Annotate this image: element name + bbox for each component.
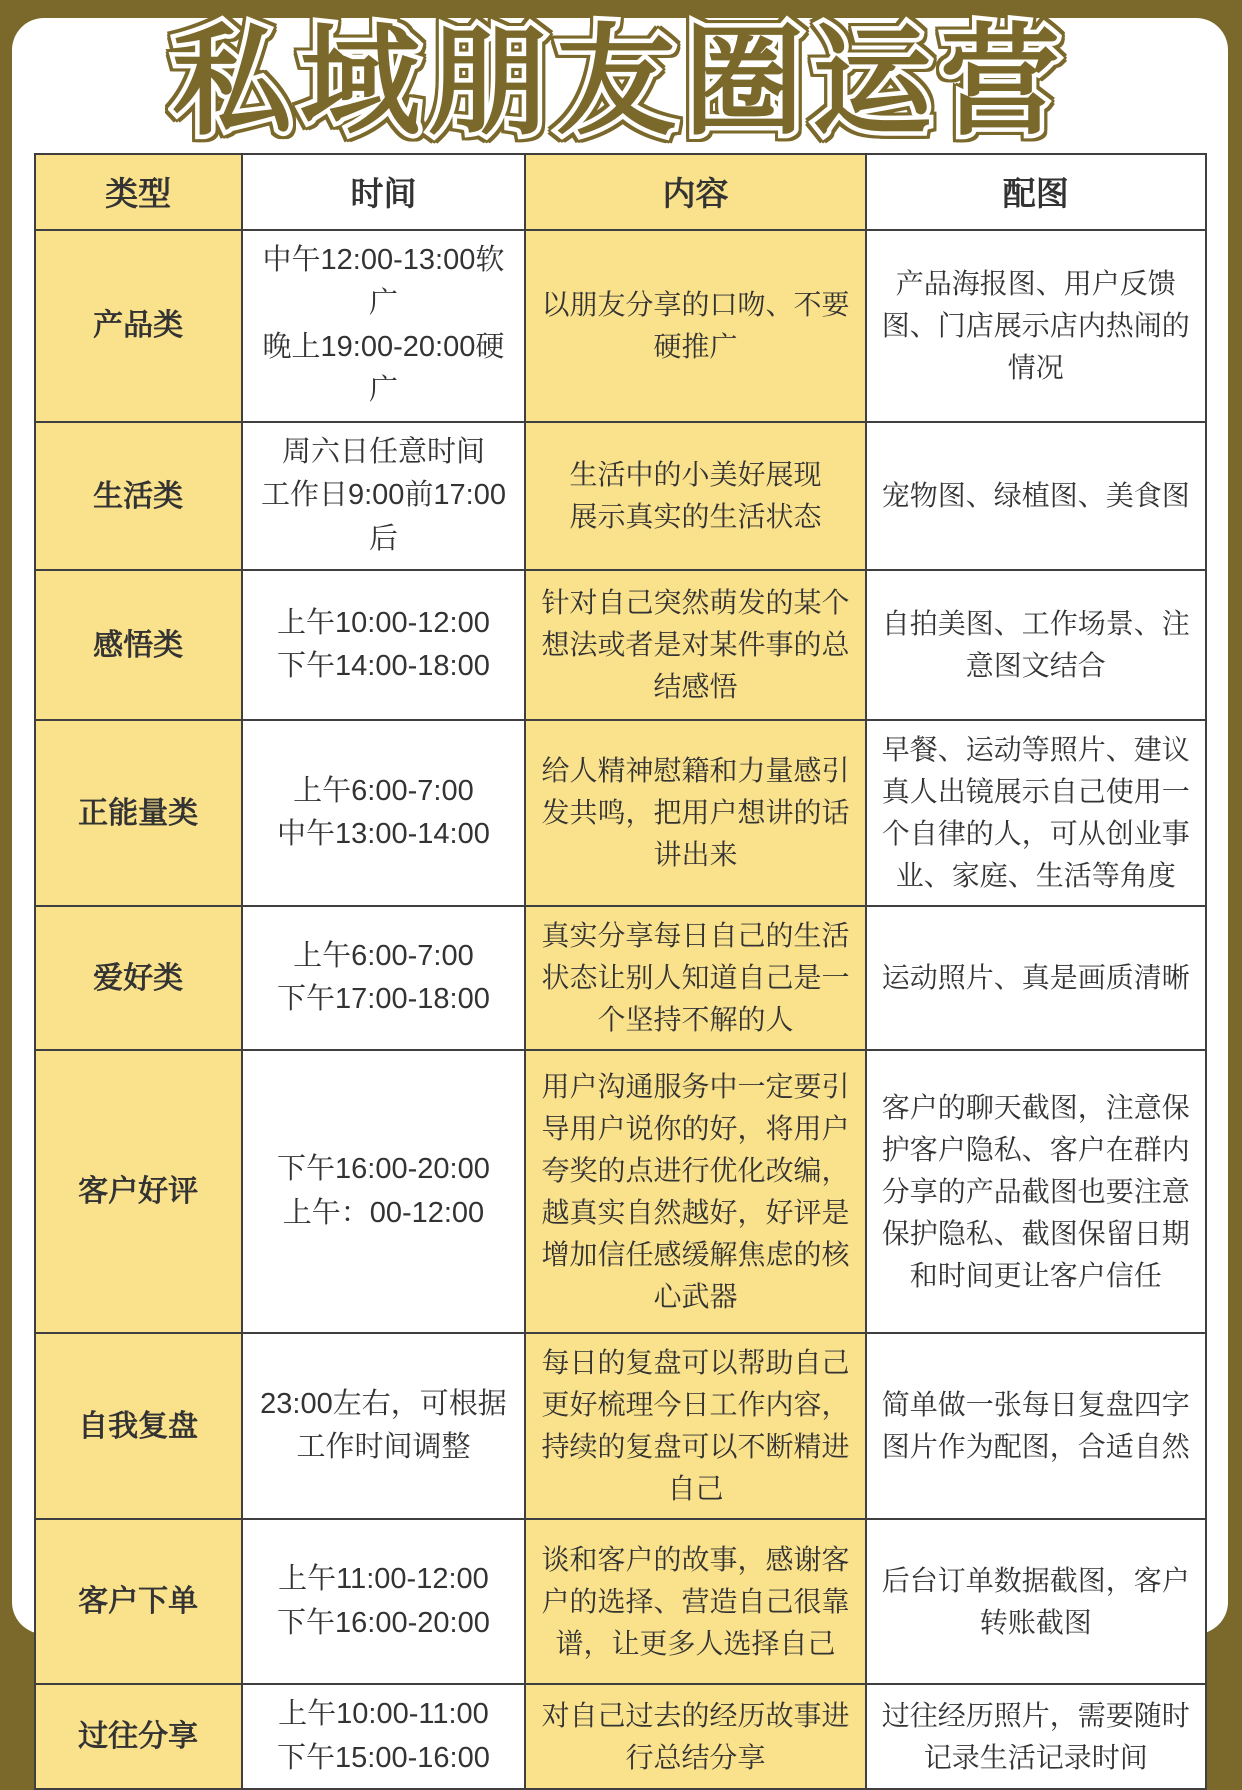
header-type: 类型: [35, 154, 242, 230]
table-row: 自我复盘 23:00左右，可根据 工作时间调整 每日的复盘可以帮助自己更好梳理今…: [35, 1333, 1206, 1519]
header-row: 类型 时间 内容 配图: [35, 154, 1206, 230]
time-cell: 上午11:00-12:00 下午16:00-20:00: [242, 1519, 525, 1656]
type-cell: 客户下单: [35, 1519, 242, 1656]
table-row: 客户下单 上午11:00-12:00 下午16:00-20:00 谈和客户的故事…: [35, 1519, 1206, 1656]
table-row: 生活类 周六日任意时间 工作日9:00前17:00后 生活中的小美好展现 展示真…: [35, 422, 1206, 571]
image-cell: 简单做一张每日复盘四字图片作为配图，合适自然: [866, 1333, 1206, 1519]
image-cell: 客户的聊天截图，注意保护客户隐私、客户在群内分享的产品截图也要注意保护隐私、截图…: [866, 1050, 1206, 1333]
type-cell: 生活类: [35, 422, 242, 571]
table-row: 爱好类 上午6:00-7:00 下午17:00-18:00 真实分享每日自己的生…: [35, 906, 1206, 1050]
header-content: 内容: [525, 154, 866, 230]
type-cell: 爱好类: [35, 906, 242, 1050]
table-row: 客户好评 下午16:00-20:00 上午：00-12:00 用户沟通服务中一定…: [35, 1050, 1206, 1333]
time-cell: 下午16:00-20:00 上午：00-12:00: [242, 1050, 525, 1333]
content-cell: 以朋友分享的口吻、不要硬推广: [525, 230, 866, 422]
image-cell: 宠物图、绿植图、美食图: [866, 422, 1206, 571]
poster-sheet: 私域朋友圈运营 类型 时间 内容 配图 产品类 中午12:00-13:00软广 …: [12, 18, 1228, 1634]
content-cell: 谈和客户的故事，感谢客户的选择、营造自己很靠谱，让更多人选择自己: [525, 1519, 866, 1656]
moments-operation-table: 类型 时间 内容 配图 产品类 中午12:00-13:00软广 晚上19:00-…: [34, 153, 1207, 1656]
table-row: 正能量类 上午6:00-7:00 中午13:00-14:00 给人精神慰籍和力量…: [35, 720, 1206, 906]
type-cell: 正能量类: [35, 720, 242, 906]
content-cell: 用户沟通服务中一定要引导用户说你的好，将用户夸奖的点进行优化改编，越真实自然越好…: [525, 1050, 866, 1333]
time-cell: 中午12:00-13:00软广 晚上19:00-20:00硬广: [242, 230, 525, 422]
content-cell: 针对自己突然萌发的某个想法或者是对某件事的总结感悟: [525, 570, 866, 720]
type-cell: 产品类: [35, 230, 242, 422]
image-cell: 自拍美图、工作场景、注意图文结合: [866, 570, 1206, 720]
image-cell: 早餐、运动等照片、建议真人出镜展示自己使用一个自律的人，可从创业事业、家庭、生活…: [866, 720, 1206, 906]
content-cell: 每日的复盘可以帮助自己更好梳理今日工作内容，持续的复盘可以不断精进自己: [525, 1333, 866, 1519]
image-cell: 后台订单数据截图，客户转账截图: [866, 1519, 1206, 1656]
type-cell: 客户好评: [35, 1050, 242, 1333]
table-row: 产品类 中午12:00-13:00软广 晚上19:00-20:00硬广 以朋友分…: [35, 230, 1206, 422]
header-image: 配图: [866, 154, 1206, 230]
content-cell: 生活中的小美好展现 展示真实的生活状态: [525, 422, 866, 571]
table-body: 产品类 中午12:00-13:00软广 晚上19:00-20:00硬广 以朋友分…: [35, 230, 1206, 1656]
page-title: 私域朋友圈运营: [12, 20, 1228, 145]
table-row: 感悟类 上午10:00-12:00 下午14:00-18:00 针对自己突然萌发…: [35, 570, 1206, 720]
time-cell: 上午6:00-7:00 下午17:00-18:00: [242, 906, 525, 1050]
content-cell: 真实分享每日自己的生活状态让别人知道自己是一个坚持不解的人: [525, 906, 866, 1050]
time-cell: 上午6:00-7:00 中午13:00-14:00: [242, 720, 525, 906]
time-cell: 上午10:00-12:00 下午14:00-18:00: [242, 570, 525, 720]
content-cell: 给人精神慰籍和力量感引发共鸣，把用户想讲的话讲出来: [525, 720, 866, 906]
time-cell: 23:00左右，可根据 工作时间调整: [242, 1333, 525, 1519]
type-cell: 自我复盘: [35, 1333, 242, 1519]
image-cell: 运动照片、真是画质清晰: [866, 906, 1206, 1050]
time-cell: 周六日任意时间 工作日9:00前17:00后: [242, 422, 525, 571]
type-cell: 感悟类: [35, 570, 242, 720]
header-time: 时间: [242, 154, 525, 230]
image-cell: 产品海报图、用户反馈图、门店展示店内热闹的情况: [866, 230, 1206, 422]
